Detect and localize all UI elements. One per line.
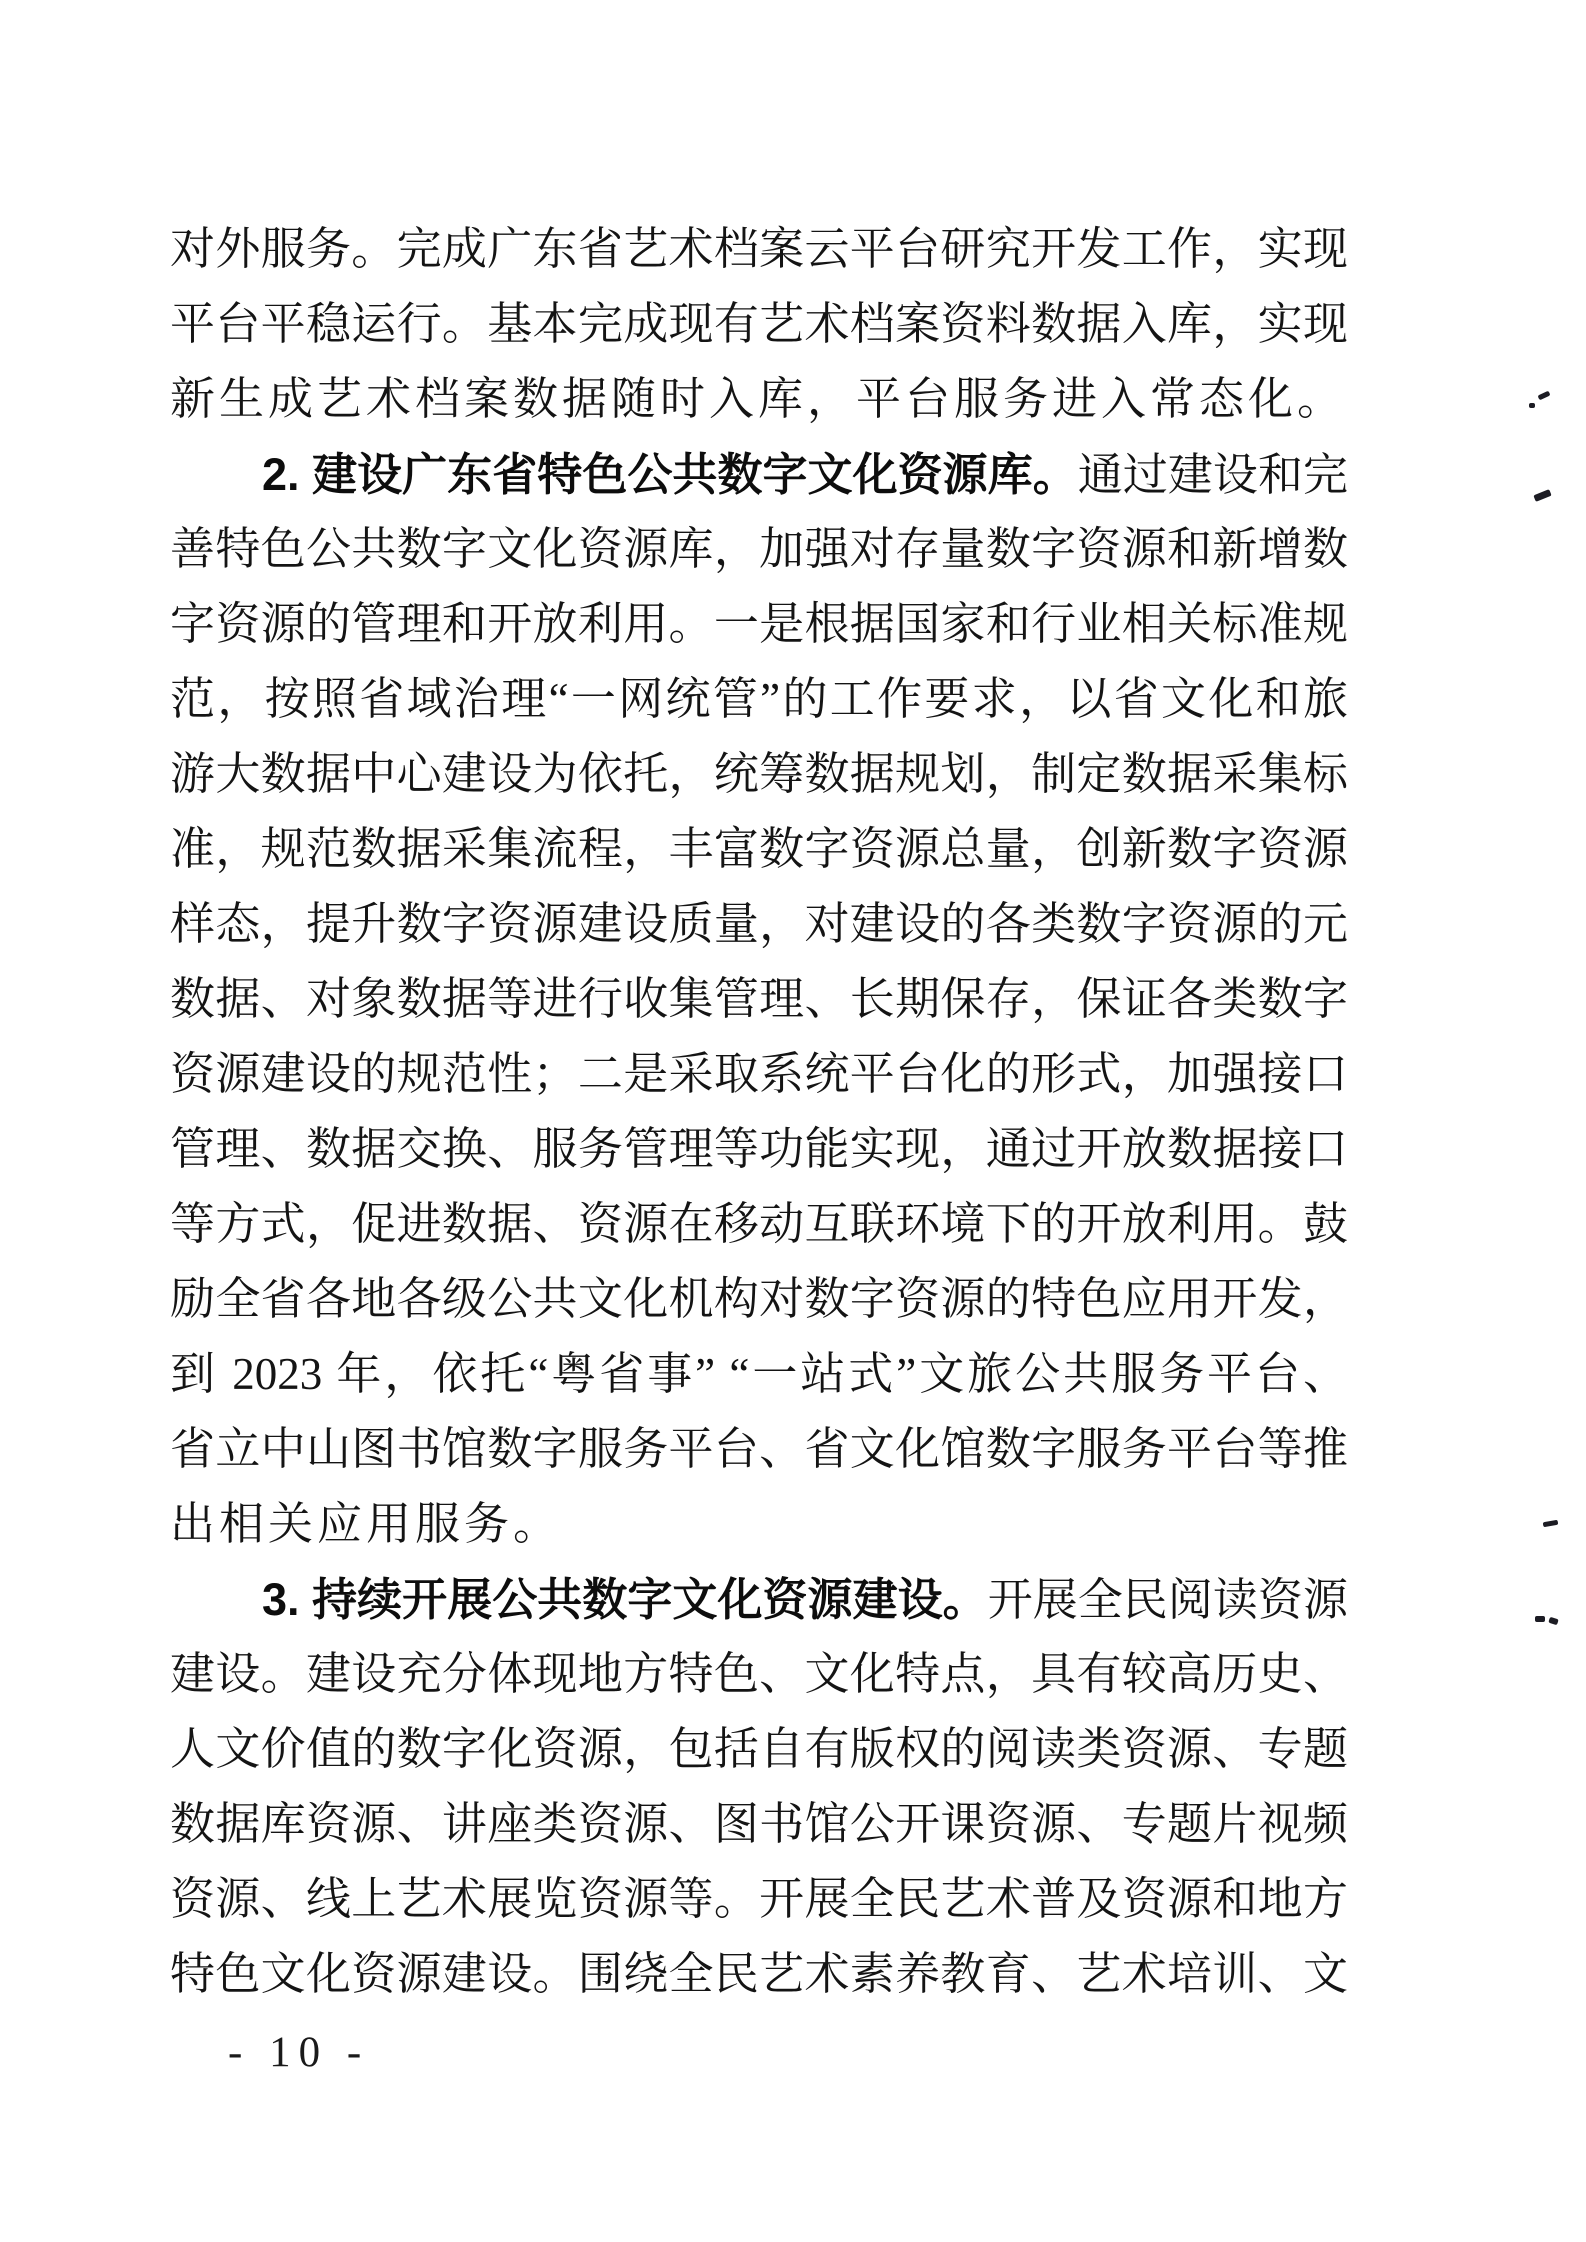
text-line: 特色文化资源建设。围绕全民艺术素养教育、艺术培训、文 xyxy=(170,1937,1348,2012)
document-body: 对外服务。完成广东省艺术档案云平台研究开发工作，实现平台平稳运行。基本完成现有艺… xyxy=(170,212,1348,2012)
line-text: 新生成艺术档案数据随时入库，平台服务进入常态化。 xyxy=(170,374,1346,424)
line-text: 善特色公共数字文化资源库，加强对存量数字资源和新增数 xyxy=(170,524,1348,574)
line-text: 通过建设和完 xyxy=(1078,450,1348,500)
line-text: 范，按照省域治理“一网统管”的工作要求，以省文化和旅 xyxy=(170,674,1348,724)
text-line: 范，按照省域治理“一网统管”的工作要求，以省文化和旅 xyxy=(170,662,1348,737)
line-text: 管理、数据交换、服务管理等功能实现，通过开放数据接口 xyxy=(170,1124,1348,1174)
page-number: - 10 - xyxy=(228,2028,369,2077)
line-text: 资源建设的规范性；二是采取系统平台化的形式，加强接口 xyxy=(170,1049,1348,1099)
line-text: 特色文化资源建设。围绕全民艺术素养教育、艺术培训、文 xyxy=(170,1949,1348,1999)
text-line: 资源建设的规范性；二是采取系统平台化的形式，加强接口 xyxy=(170,1037,1348,1112)
line-text: 数据、对象数据等进行收集管理、长期保存，保证各类数字 xyxy=(170,974,1348,1024)
line-text: 准，规范数据采集流程，丰富数字资源总量，创新数字资源 xyxy=(170,824,1348,874)
line-text: 样态，提升数字资源建设质量，对建设的各类数字资源的元 xyxy=(170,899,1348,949)
line-text: 省立中山图书馆数字服务平台、省文化馆数字服务平台等推 xyxy=(170,1424,1348,1474)
text-line: 省立中山图书馆数字服务平台、省文化馆数字服务平台等推 xyxy=(170,1412,1348,1487)
text-line: 到 2023 年，依托“粤省事” “一站式”文旅公共服务平台、 xyxy=(170,1337,1348,1412)
ink-speck xyxy=(1529,403,1535,408)
line-text: 建设。建设充分体现地方特色、文化特点，具有较高历史、 xyxy=(170,1649,1348,1699)
line-text: 等方式，促进数据、资源在移动互联环境下的开放利用。鼓 xyxy=(170,1199,1348,1249)
text-line: 等方式，促进数据、资源在移动互联环境下的开放利用。鼓 xyxy=(170,1187,1348,1262)
text-line: 准，规范数据采集流程，丰富数字资源总量，创新数字资源 xyxy=(170,812,1348,887)
ink-speck xyxy=(1538,391,1551,401)
text-line: 字资源的管理和开放利用。一是根据国家和行业相关标准规 xyxy=(170,587,1348,662)
text-line: 管理、数据交换、服务管理等功能实现，通过开放数据接口 xyxy=(170,1112,1348,1187)
text-line: 出相关应用服务。 xyxy=(170,1487,1348,1562)
paragraph-heading: 3. 持续开展公共数字文化资源建设。 xyxy=(262,1574,988,1625)
text-line: 样态，提升数字资源建设质量，对建设的各类数字资源的元 xyxy=(170,887,1348,962)
line-text: 平台平稳运行。基本完成现有艺术档案资料数据入库，实现 xyxy=(170,299,1348,349)
line-text: 励全省各地各级公共文化机构对数字资源的特色应用开发， xyxy=(170,1274,1348,1324)
line-text: 出相关应用服务。 xyxy=(170,1499,562,1549)
paragraph-heading-line: 2. 建设广东省特色公共数字文化资源库。通过建设和完 xyxy=(170,437,1348,512)
text-line: 对外服务。完成广东省艺术档案云平台研究开发工作，实现 xyxy=(170,212,1348,287)
ink-speck xyxy=(1543,1520,1559,1528)
paragraph-heading: 2. 建设广东省特色公共数字文化资源库。 xyxy=(262,449,1078,500)
line-text: 数据库资源、讲座类资源、图书馆公开课资源、专题片视频 xyxy=(170,1799,1348,1849)
text-line: 游大数据中心建设为依托，统筹数据规划，制定数据采集标 xyxy=(170,737,1348,812)
text-line: 善特色公共数字文化资源库，加强对存量数字资源和新增数 xyxy=(170,512,1348,587)
ink-speck xyxy=(1535,1616,1545,1622)
text-line: 励全省各地各级公共文化机构对数字资源的特色应用开发， xyxy=(170,1262,1348,1337)
text-line: 数据、对象数据等进行收集管理、长期保存，保证各类数字 xyxy=(170,962,1348,1037)
text-line: 新生成艺术档案数据随时入库，平台服务进入常态化。 xyxy=(170,362,1348,437)
ink-speck xyxy=(1533,489,1551,502)
paragraph-heading-line: 3. 持续开展公共数字文化资源建设。开展全民阅读资源 xyxy=(170,1562,1348,1637)
line-text: 字资源的管理和开放利用。一是根据国家和行业相关标准规 xyxy=(170,599,1348,649)
ink-speck xyxy=(1548,1617,1558,1625)
line-text: 游大数据中心建设为依托，统筹数据规划，制定数据采集标 xyxy=(170,749,1348,799)
text-line: 资源、线上艺术展览资源等。开展全民艺术普及资源和地方 xyxy=(170,1862,1348,1937)
text-line: 平台平稳运行。基本完成现有艺术档案资料数据入库，实现 xyxy=(170,287,1348,362)
line-text: 对外服务。完成广东省艺术档案云平台研究开发工作，实现 xyxy=(170,224,1348,274)
document-page: 对外服务。完成广东省艺术档案云平台研究开发工作，实现平台平稳运行。基本完成现有艺… xyxy=(0,0,1586,2242)
line-text: 开展全民阅读资源 xyxy=(988,1575,1348,1625)
text-line: 建设。建设充分体现地方特色、文化特点，具有较高历史、 xyxy=(170,1637,1348,1712)
line-text: 资源、线上艺术展览资源等。开展全民艺术普及资源和地方 xyxy=(170,1874,1348,1924)
line-text: 人文价值的数字化资源，包括自有版权的阅读类资源、专题 xyxy=(170,1724,1348,1774)
line-text: 到 2023 年，依托“粤省事” “一站式”文旅公共服务平台、 xyxy=(170,1349,1348,1399)
text-line: 数据库资源、讲座类资源、图书馆公开课资源、专题片视频 xyxy=(170,1787,1348,1862)
text-line: 人文价值的数字化资源，包括自有版权的阅读类资源、专题 xyxy=(170,1712,1348,1787)
